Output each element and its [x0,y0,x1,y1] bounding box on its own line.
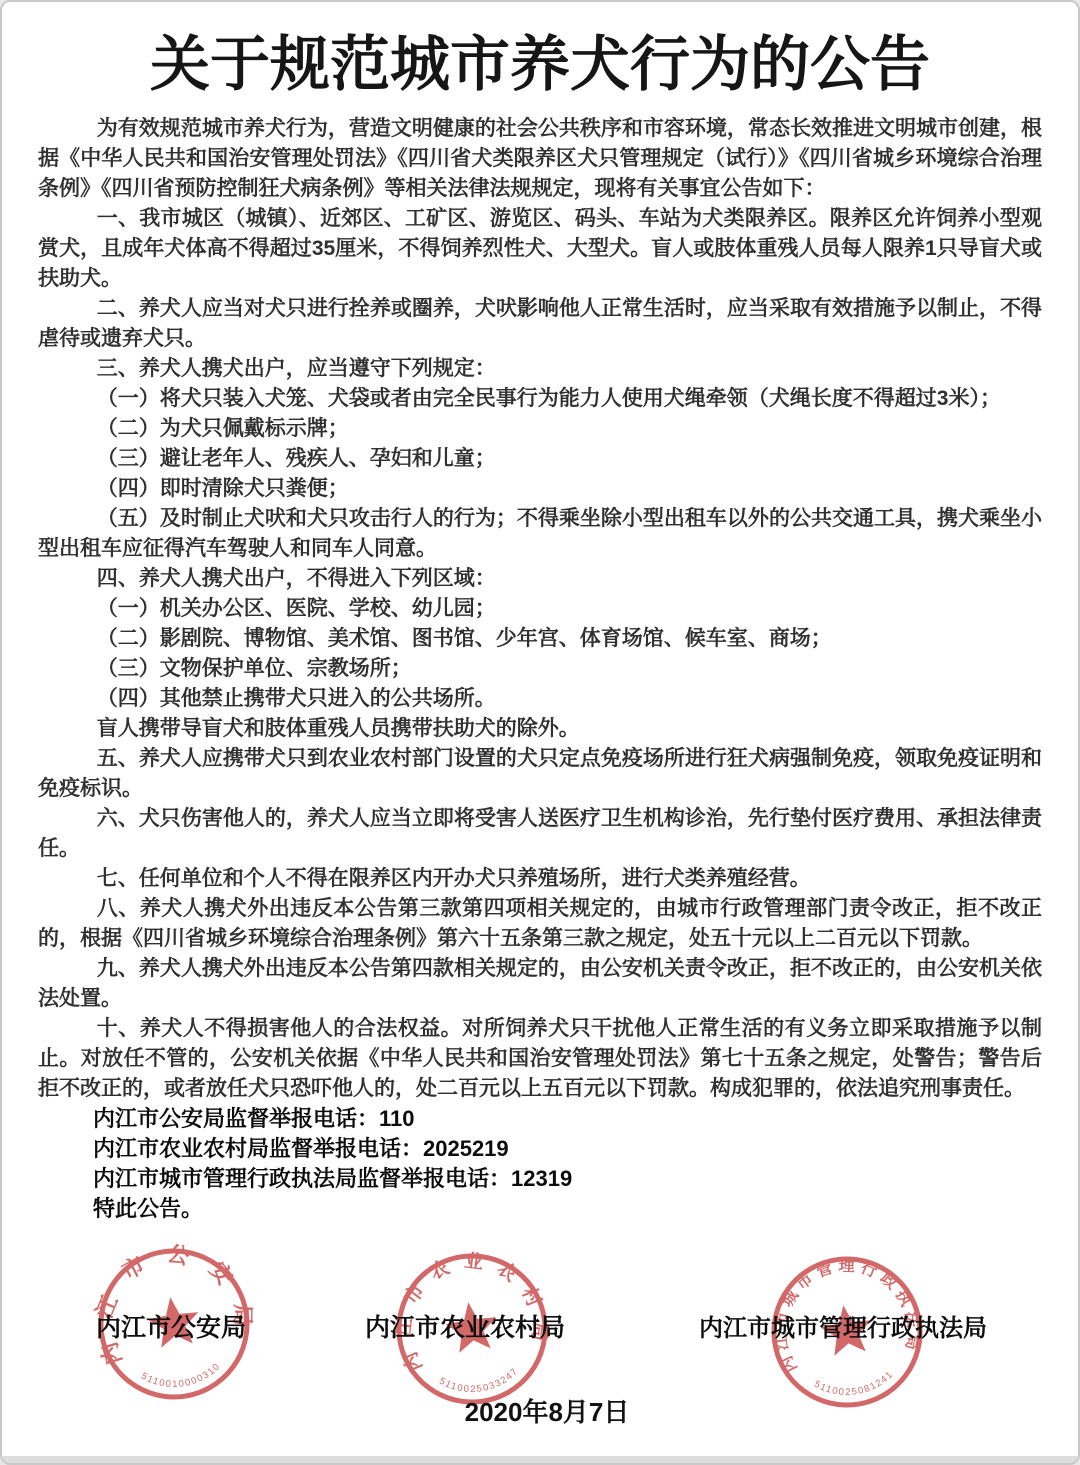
announcement-item: （五）及时制止犬吠和犬只攻击行人的行为；不得乘坐除小型出租车以外的公共交通工具，… [38,504,1042,564]
page-title: 关于规范城市养犬行为的公告 [2,28,1078,102]
announcement-item: （四）其他禁止携带犬只进入的公共场所。 [38,684,1042,714]
announcement-item: 六、犬只伤害他人的，养犬人应当立即将受害人送医疗卫生机构诊治，先行垫付医疗费用、… [38,804,1042,864]
announcement-item: 十、养犬人不得损害他人的合法权益。对所饲养犬只干扰他人正常生活的有义务立即采取措… [38,1014,1042,1104]
svg-text:内江市公安局: 内江市公安局 [89,1239,259,1369]
contact-phone-line: 内江市公安局监督举报电话：110 [38,1104,1042,1134]
announcement-item: 四、养犬人携犬出户，不得进入下列区域： [38,564,1042,594]
announcement-item: 五、养犬人应携带犬只到农业农村部门设置的犬只定点免疫场所进行狂犬病强制免疫，领取… [38,744,1042,804]
svg-text:5110010000310: 5110010000310 [138,1360,225,1396]
items-container: 一、我市城区（城镇）、近郊区、工矿区、游览区、码头、车站为犬类限养区。限养区允许… [38,204,1042,1104]
announcement-item: （二）影剧院、博物馆、美术馆、图书馆、少年宫、体育场馆、候车室、商场； [38,624,1042,654]
announcement-item: 二、养犬人应当对犬只进行拴养或圈养，犬吠影响他人正常生活时，应当采取有效措施予以… [38,294,1042,354]
seal-signer-name: 内江市农业农村局 [335,1314,595,1342]
contact-phone-line: 内江市农业农村局监督举报电话：2025219 [38,1134,1042,1164]
announcement-item: 九、养犬人携犬外出违反本公告第四款相关规定的，由公安机关责令改正，拒不改正的，由… [38,954,1042,1014]
seal-signer-name: 内江市公安局 [41,1314,301,1342]
contact-lines: 内江市公安局监督举报电话：110内江市农业农村局监督举报电话：2025219内江… [38,1104,1042,1194]
announcement-item: （四）即时清除犬只粪便； [38,474,1042,504]
svg-text:5110025081241: 5110025081241 [811,1368,898,1404]
announcement-item: 一、我市城区（城镇）、近郊区、工矿区、游览区、码头、车站为犬类限养区。限养区允许… [38,204,1042,294]
closing-line: 特此公告。 [38,1194,1042,1224]
announcement-item: （三）文物保护单位、宗教场所； [38,654,1042,684]
intro-paragraph: 为有效规范城市养犬行为，营造文明健康的社会公共秩序和市容环境，常态长效推进文明城… [38,114,1042,204]
announcement-item: （一）机关办公区、医院、学校、幼儿园； [38,594,1042,624]
announcement-body: 为有效规范城市养犬行为，营造文明健康的社会公共秩序和市容环境，常态长效推进文明城… [2,114,1078,1224]
seal-signer-name: 内江市城市管理行政执法局 [683,1315,1003,1343]
announcement-item: （一）将犬只装入犬笼、犬袋或者由完全民事行为能力人使用犬绳牵领（犬绳长度不得超过… [38,384,1042,414]
announcement-item: 八、养犬人携犬外出违反本公告第三款第四项相关规定的，由城市行政管理部门责令改正，… [38,894,1042,954]
announcement-page: 关于规范城市养犬行为的公告 为有效规范城市养犬行为，营造文明健康的社会公共秩序和… [0,0,1080,1465]
announcement-item: 盲人携带导盲犬和肢体重残人员携带扶助犬的除外。 [38,714,1042,744]
contact-phone-line: 内江市城市管理行政执法局监督举报电话：12319 [38,1164,1042,1194]
issue-date: 2020年8月7日 [397,1392,697,1429]
announcement-item: 七、任何单位和个人不得在限养区内开办犬只养殖场所，进行犬类养殖经营。 [38,864,1042,894]
announcement-item: 三、养犬人携犬出户，应当遵守下列规定： [38,354,1042,384]
announcement-item: （二）为犬只佩戴标示牌； [38,414,1042,444]
announcement-item: （三）避让老年人、残疾人、孕妇和儿童； [38,444,1042,474]
